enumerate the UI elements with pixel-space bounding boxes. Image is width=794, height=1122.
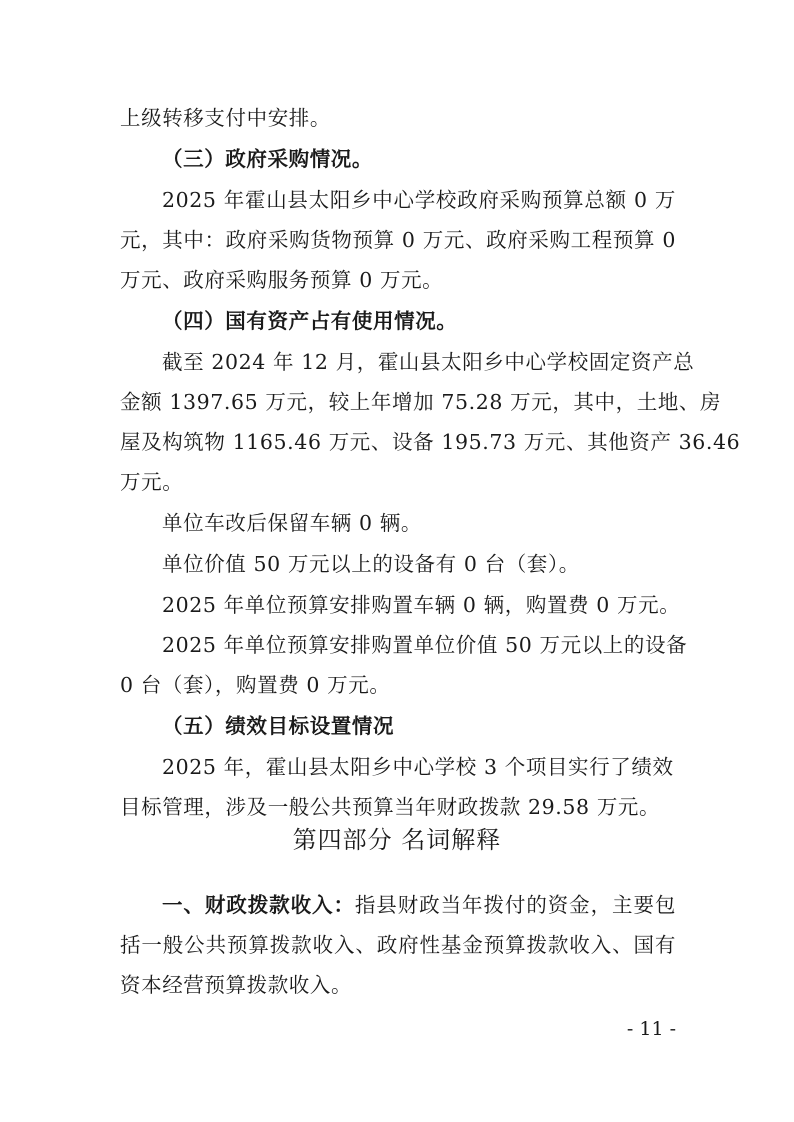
term-definition-line: 一、财政拨款收入：指县财政当年拨付的资金，主要包 xyxy=(162,893,676,917)
page-number: - 11 - xyxy=(620,1018,676,1040)
term-definition-line: 括一般公共预算拨款收入、政府性基金预算拨款收入、国有 xyxy=(120,933,676,957)
document-page: 上级转移支付中安排。 （三）政府采购情况。 2025 年霍山县太阳乡中心学校政府… xyxy=(0,0,794,1122)
subsection-heading-government-procurement: （三）政府采购情况。 xyxy=(162,147,676,171)
term-definition-text: 指县财政当年拨付的资金，主要包 xyxy=(355,893,676,917)
term-label: 一、财政拨款收入： xyxy=(162,893,355,917)
body-line: 单位车改后保留车辆 0 辆。 xyxy=(162,511,676,535)
body-line: 截至 2024 年 12 月，霍山县太阳乡中心学校固定资产总 xyxy=(162,350,676,374)
body-line: 万元。 xyxy=(120,470,676,494)
subsection-heading-state-assets: （四）国有资产占有使用情况。 xyxy=(162,309,676,333)
body-line: 目标管理，涉及一般公共预算当年财政拨款 29.58 万元。 xyxy=(120,795,676,819)
body-line: 万元、政府采购服务预算 0 万元。 xyxy=(120,268,676,292)
body-line: 0 台（套），购置费 0 万元。 xyxy=(120,673,676,697)
body-line: 2025 年霍山县太阳乡中心学校政府采购预算总额 0 万 xyxy=(162,188,676,212)
term-definition-line: 资本经营预算拨款收入。 xyxy=(120,973,676,997)
body-line: 上级转移支付中安排。 xyxy=(120,106,676,130)
body-line: 金额 1397.65 万元，较上年增加 75.28 万元，其中，土地、房 xyxy=(120,390,676,414)
body-line: 2025 年单位预算安排购置单位价值 50 万元以上的设备 xyxy=(162,633,676,657)
body-line: 元，其中：政府采购货物预算 0 万元、政府采购工程预算 0 xyxy=(120,228,676,252)
body-line: 2025 年，霍山县太阳乡中心学校 3 个项目实行了绩效 xyxy=(162,755,676,779)
section-heading: 第四部分 名词解释 xyxy=(0,820,794,855)
body-line: 屋及构筑物 1165.46 万元、设备 195.73 万元、其他资产 36.46 xyxy=(120,430,676,454)
subsection-heading-performance-goals: （五）绩效目标设置情况 xyxy=(162,714,676,738)
body-line: 2025 年单位预算安排购置车辆 0 辆，购置费 0 万元。 xyxy=(162,593,676,617)
body-line: 单位价值 50 万元以上的设备有 0 台（套）。 xyxy=(162,552,676,576)
